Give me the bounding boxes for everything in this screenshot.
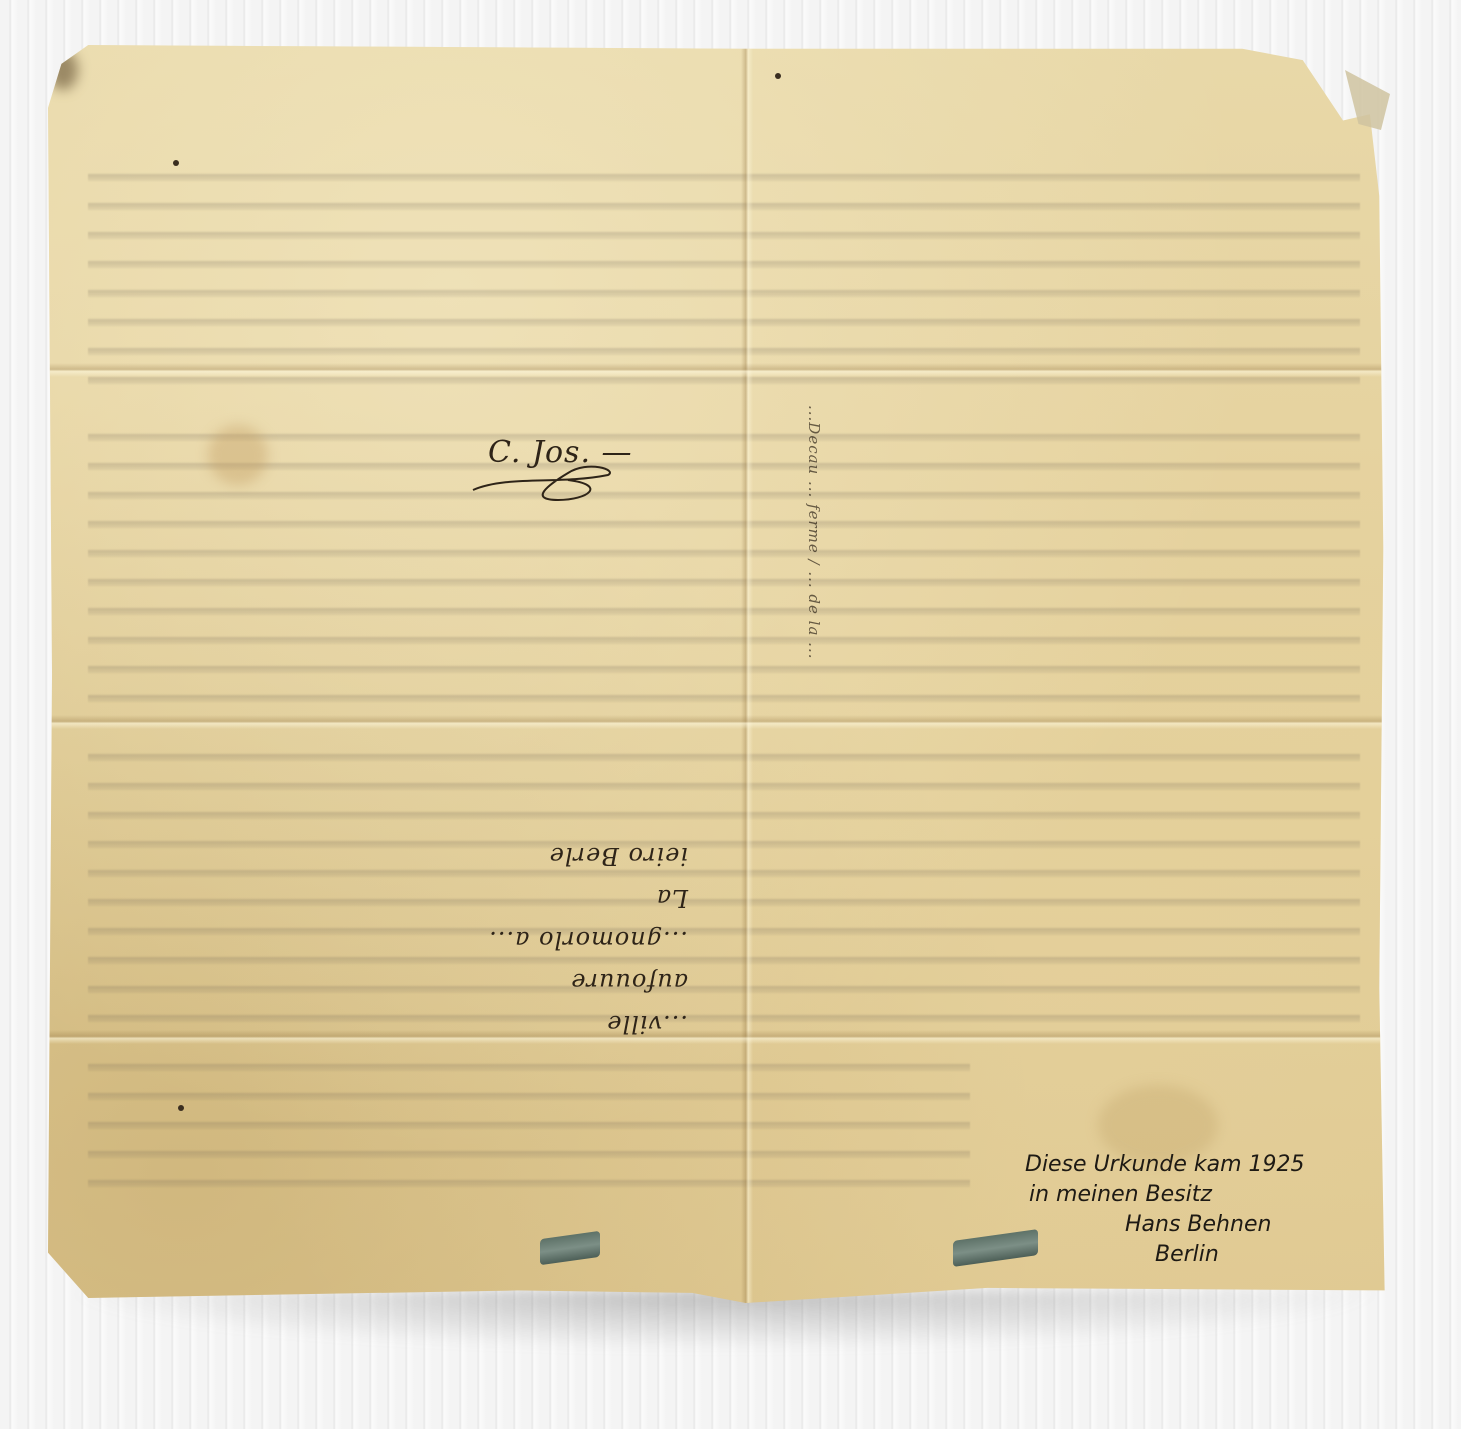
inverted-annotation: ...ville aufouure ...gnomorlo a... La ie… xyxy=(488,835,688,1045)
horizontal-fold-2 xyxy=(48,715,1390,729)
horizontal-fold-3 xyxy=(48,1030,1390,1044)
ink-spot xyxy=(173,160,179,166)
faded-text-block-upper-middle xyxy=(88,415,1360,715)
inverted-annotation-line: ...gnomorlo a... La xyxy=(488,877,688,961)
faded-text-block-bottom xyxy=(88,1045,970,1205)
seal-cord-left xyxy=(540,1231,600,1265)
inverted-annotation-line: ieiro Berle xyxy=(488,835,688,877)
ink-spot xyxy=(178,1105,184,1111)
faded-text-block-top xyxy=(88,155,1360,395)
vertical-fold xyxy=(741,45,753,1303)
ink-spot xyxy=(775,73,781,79)
ownership-note-city: Berlin xyxy=(1025,1240,1345,1270)
ownership-note-line: Diese Urkunde kam 1925 xyxy=(1025,1150,1345,1180)
signature-flourish: C. Jos. — xyxy=(488,435,633,470)
horizontal-fold-1 xyxy=(48,363,1390,377)
ownership-note-owner: Hans Behnen xyxy=(1025,1210,1345,1240)
signature-flourish-icon xyxy=(468,445,618,505)
ownership-note-line: in meinen Besitz xyxy=(1025,1180,1345,1210)
vertical-annotation-text: ...Decau ... ferme / ... de la ... xyxy=(805,405,823,659)
vertical-annotation: ...Decau ... ferme / ... de la ... xyxy=(805,405,823,659)
stain xyxy=(208,425,268,485)
ownership-note: Diese Urkunde kam 1925 in meinen Besitz … xyxy=(1025,1150,1345,1270)
parchment-document: C. Jos. — ...ville aufouure ...gnomorlo … xyxy=(48,45,1390,1303)
faded-text-block-lower-middle xyxy=(88,735,1360,1035)
inverted-annotation-line: ...ville aufouure xyxy=(488,961,688,1045)
